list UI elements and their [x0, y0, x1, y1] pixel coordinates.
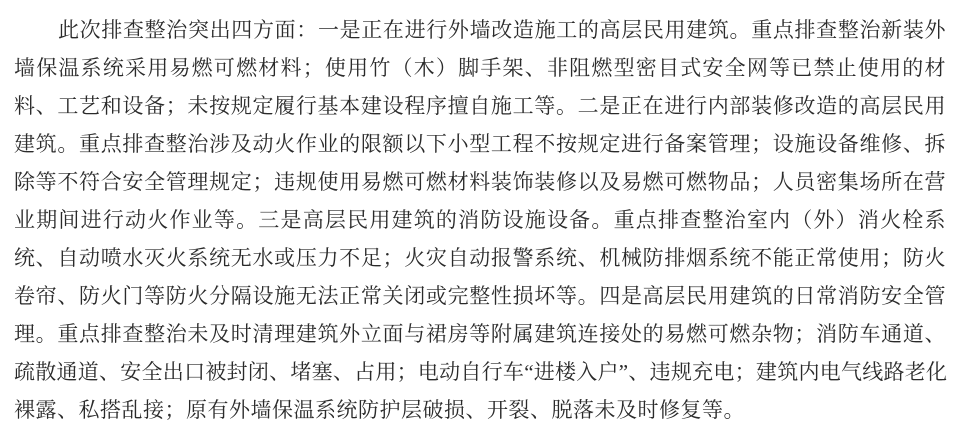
paragraph-line: 理。重点排查整治未及时清理建筑外立面与裙房等附属建筑连接处的易燃可燃杂物；消防车… — [14, 315, 946, 353]
document-page: 此次排查整治突出四方面：一是正在进行外墙改造施工的高层民用建筑。重点排查整治新装… — [0, 0, 960, 432]
paragraph-line: 建筑。重点排查整治涉及动火作业的限额以下小型工程不按规定进行备案管理；设施设备维… — [14, 125, 946, 163]
paragraph-line: 除等不符合安全管理规定；违规使用易燃可燃材料装饰装修以及易燃可燃物品；人员密集场… — [14, 163, 946, 201]
paragraph-line: 墙保温系统采用易燃可燃材料；使用竹（木）脚手架、非阻燃型密目式安全网等已禁止使用… — [14, 49, 946, 87]
paragraph-line: 此次排查整治突出四方面：一是正在进行外墙改造施工的高层民用建筑。重点排查整治新装… — [14, 11, 946, 49]
paragraph-line: 疏散通道、安全出口被封闭、堵塞、占用；电动自行车“进楼入户”、违规充电；建筑内电… — [14, 353, 946, 391]
paragraph-line: 料、工艺和设备；未按规定履行基本建设程序擅自施工等。二是正在进行内部装修改造的高… — [14, 87, 946, 125]
paragraph-line: 卷帘、防火门等防火分隔设施无法正常关闭或完整性损坏等。四是高层民用建筑的日常消防… — [14, 277, 946, 315]
body-paragraph: 此次排查整治突出四方面：一是正在进行外墙改造施工的高层民用建筑。重点排查整治新装… — [14, 11, 946, 429]
paragraph-line: 统、自动喷水灭火系统无水或压力不足；火灾自动报警系统、机械防排烟系统不能正常使用… — [14, 239, 946, 277]
paragraph-line: 裸露、私搭乱接；原有外墙保温系统防护层破损、开裂、脱落未及时修复等。 — [14, 391, 946, 429]
paragraph-line: 业期间进行动火作业等。三是高层民用建筑的消防设施设备。重点排查整治室内（外）消火… — [14, 201, 946, 239]
